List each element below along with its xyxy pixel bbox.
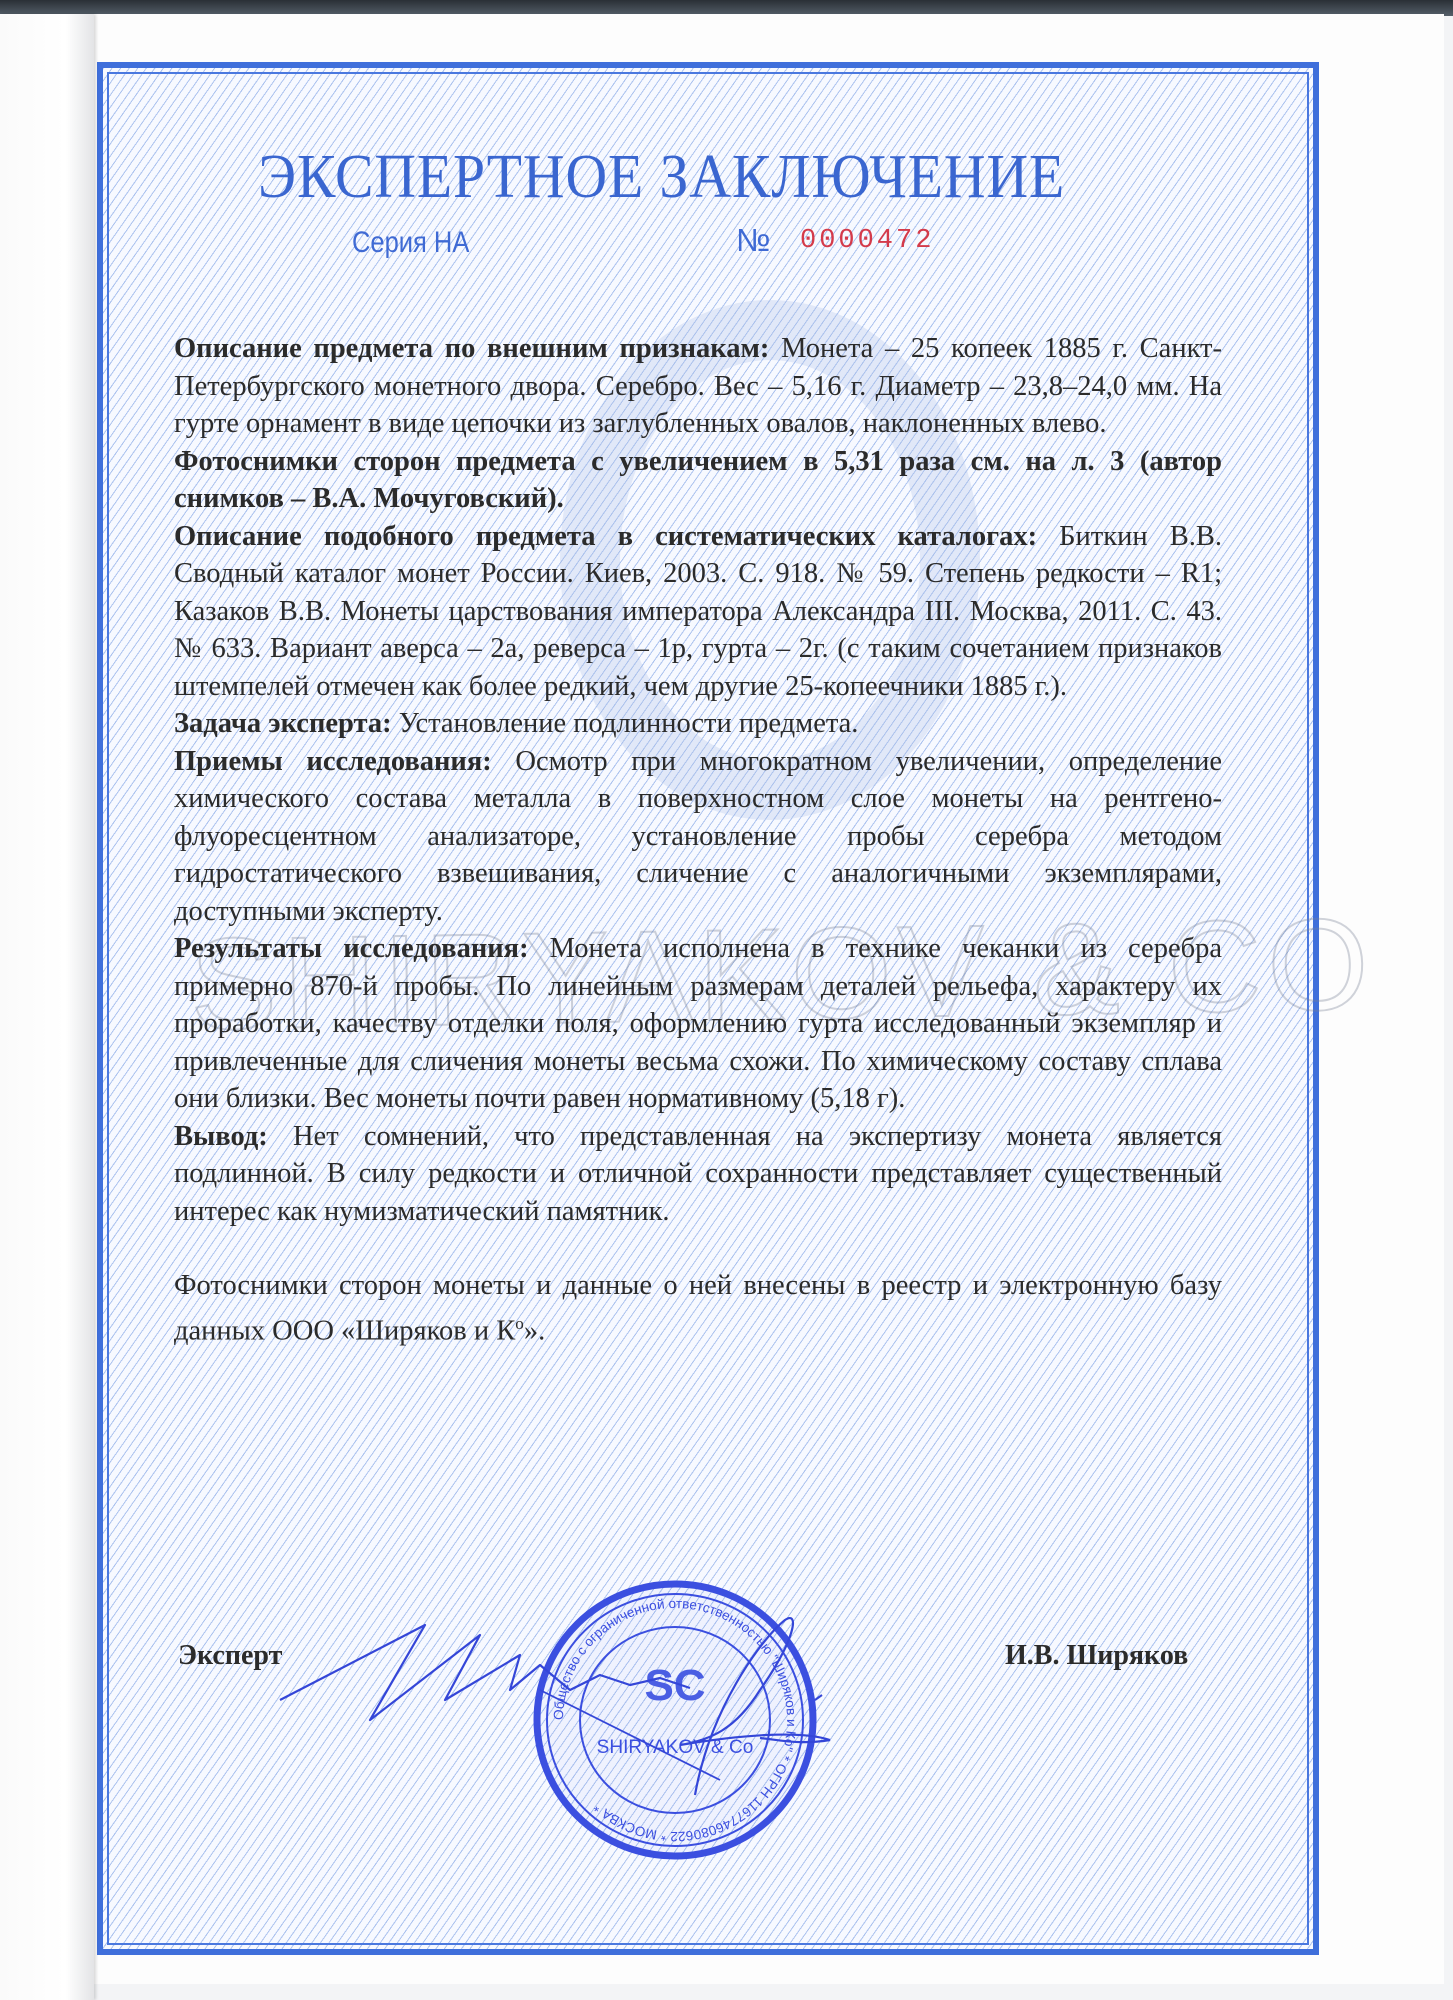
registry-note-end: ».: [524, 1315, 545, 1346]
series-label: Серия НА: [352, 226, 469, 260]
section-label: Фотоснимки сторон предмета с увеличением…: [174, 446, 1222, 515]
section-description: Описание предмета по внешним признакам: …: [174, 330, 1222, 443]
section-label: Описание предмета по внешним признакам:: [174, 333, 769, 364]
registry-note-sup: о: [515, 1314, 524, 1333]
spacer: [174, 1230, 1222, 1267]
section-label: Описание подобного предмета в систематич…: [174, 521, 1037, 552]
section-catalogs: Описание подобного предмета в систематич…: [174, 518, 1222, 706]
expert-name: И.В. Ширяков: [1005, 1640, 1188, 1672]
section-photos: Фотоснимки сторон предмета с увеличением…: [174, 443, 1222, 518]
number-sign: №: [736, 222, 770, 259]
section-label: Задача эксперта:: [174, 708, 392, 739]
section-label: Приемы исследования:: [174, 746, 492, 777]
left-page-edge: [0, 14, 94, 2000]
document-title: ЭКСПЕРТНОЕ ЗАКЛЮЧЕНИЕ: [258, 142, 1002, 213]
section-text: Установление подлинности предмета.: [392, 708, 859, 739]
section-results: Результаты исследования: Монета исполнен…: [174, 930, 1222, 1118]
registry-note-text: Фотоснимки сторон монеты и данные о ней …: [174, 1270, 1222, 1346]
section-methods: Приемы исследования: Осмотр при многокра…: [174, 743, 1222, 931]
section-conclusion: Вывод: Нет сомнений, что представленная …: [174, 1118, 1222, 1231]
expert-signature-icon: [240, 1580, 960, 1840]
section-label: Результаты исследования:: [174, 933, 529, 964]
document-body: Описание предмета по внешним признакам: …: [174, 330, 1222, 1350]
section-label: Вывод:: [174, 1121, 268, 1152]
section-task: Задача эксперта: Установление подлинност…: [174, 705, 1222, 743]
section-text: Нет сомнений, что представленная на эксп…: [174, 1121, 1222, 1227]
registry-note: Фотоснимки сторон монеты и данные о ней …: [174, 1267, 1222, 1350]
document-number: 0000472: [800, 226, 934, 256]
